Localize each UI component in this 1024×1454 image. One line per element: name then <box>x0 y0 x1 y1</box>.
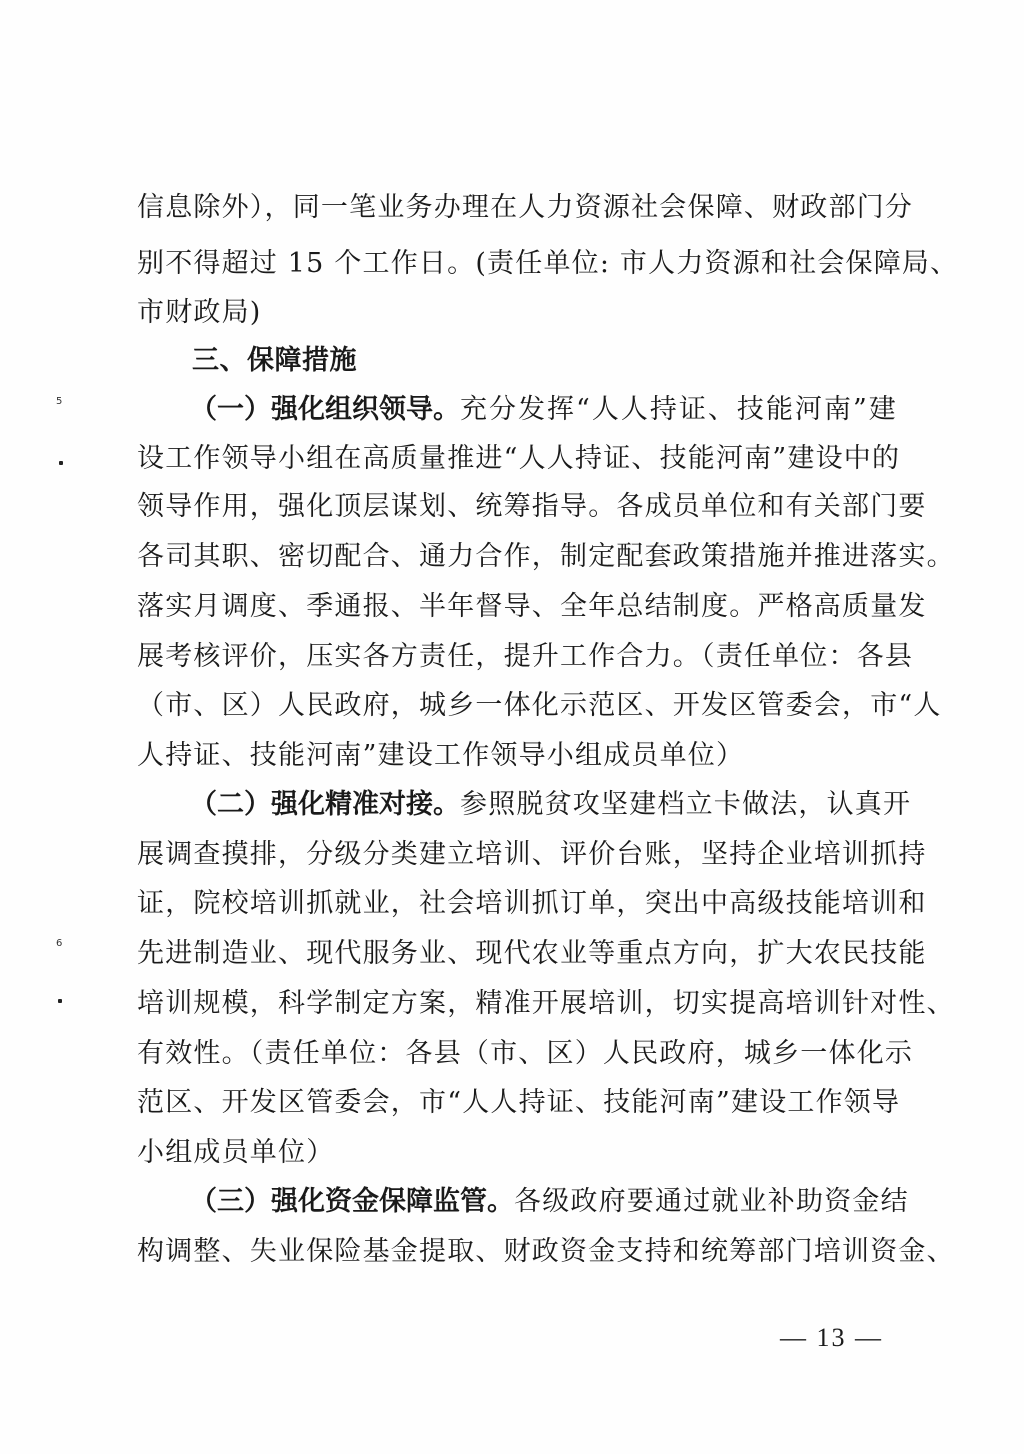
page-number: — 13 — <box>780 1320 883 1356</box>
text-line: 各司其职、密切配合、通力合作，制定配套政策措施并推进落实。 <box>137 539 897 579</box>
subsection-1-text: 充分发挥“人人持证、技能河南”建 <box>460 392 897 432</box>
text-line: 落实月调度、季通报、半年督导、全年总结制度。严格高质量发 <box>137 589 897 629</box>
text-line: 领导作用，强化顶层谋划、统筹指导。各成员单位和有关部门要 <box>137 489 897 529</box>
document-page: 5 6 信息除外），同一笔业务办理在人力资源社会保障、财政部门分 别不得超过 1… <box>0 0 1024 1454</box>
text-line: 证，院校培训抓就业，社会培训抓订单，突出中高级技能培训和 <box>137 886 897 926</box>
text-line: 培训规模，科学制定方案，精准开展培训，切实提高培训针对性、 <box>137 986 897 1026</box>
text-line: 构调整、失业保险基金提取、财政资金支持和统筹部门培训资金、 <box>137 1234 897 1274</box>
text-line: 展考核评价，压实各方责任，提升工作合力。（责任单位：各县 <box>137 639 897 679</box>
text-line: 信息除外），同一笔业务办理在人力资源社会保障、财政部门分 <box>137 190 897 230</box>
text-line: 先进制造业、现代服务业、现代农业等重点方向，扩大农民技能 <box>137 936 897 976</box>
subsection-3-first-line: （三）强化资金保障监管。 各级政府要通过就业补助资金结 <box>190 1184 897 1224</box>
margin-mark: 6 <box>56 938 62 949</box>
subsection-3-text: 各级政府要通过就业补助资金结 <box>514 1184 909 1224</box>
margin-dot <box>59 461 63 465</box>
text-line: 市财政局) <box>137 295 897 335</box>
subsection-1-title: （一）强化组织领导。 <box>190 392 460 432</box>
section-heading: 三、保障措施 <box>192 343 952 383</box>
subsection-2-title: （二）强化精准对接。 <box>190 787 460 827</box>
text-line: 别不得超过 15 个工作日。(责任单位: 市人力资源和社会保障局、 <box>137 246 897 286</box>
text-line: 小组成员单位） <box>137 1135 897 1175</box>
margin-dot <box>58 999 62 1003</box>
text-line: 有效性。（责任单位：各县（市、区）人民政府，城乡一体化示 <box>137 1036 897 1076</box>
subsection-2-first-line: （二）强化精准对接。 参照脱贫攻坚建档立卡做法，认真开 <box>190 787 897 827</box>
text-line: 展调查摸排，分级分类建立培训、评价台账，坚持企业培训抓持 <box>137 837 897 877</box>
subsection-3-title: （三）强化资金保障监管。 <box>190 1184 514 1224</box>
text-line: 人持证、技能河南”建设工作领导小组成员单位） <box>137 738 897 778</box>
text-line: 范区、开发区管委会，市“人人持证、技能河南”建设工作领导 <box>137 1085 897 1125</box>
margin-mark: 5 <box>56 396 62 407</box>
subsection-2-text: 参照脱贫攻坚建档立卡做法，认真开 <box>460 787 911 827</box>
text-line: （市、区）人民政府，城乡一体化示范区、开发区管委会，市“人 <box>137 688 897 728</box>
text-line: 设工作领导小组在高质量推进“人人持证、技能河南”建设中的 <box>137 441 897 481</box>
subsection-1-first-line: （一）强化组织领导。 充分发挥“人人持证、技能河南”建 <box>190 392 897 432</box>
